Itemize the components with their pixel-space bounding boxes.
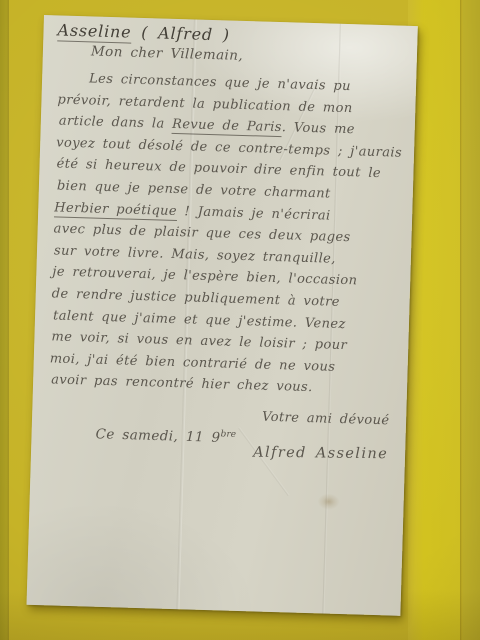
signature: Alfred Asseline [253, 445, 388, 463]
annotation-parenthetical: ( Alfred ) [131, 23, 230, 45]
archivist-annotation: Asseline ( Alfred ) [57, 20, 230, 44]
underlined-phrase-revue-de-paris: Revue de Paris [172, 117, 282, 137]
photo-backdrop: Asseline ( Alfred ) Mon cher Villemain, … [0, 0, 480, 640]
letter-body: Les circonstances que je n'avais pu prév… [49, 67, 402, 401]
date-superscript: bre [220, 429, 236, 439]
underlined-phrase-herbier-poetique: Herbier poétique [54, 200, 177, 221]
closing-valediction: Votre ami dévoué [262, 410, 390, 429]
paper-stain [317, 493, 339, 510]
date-line: Ce samedi, 11 9bre [95, 426, 236, 447]
wrinkle-crease-bottom [238, 427, 289, 496]
annotation-name: Asseline [57, 20, 131, 43]
letter-sheet: Asseline ( Alfred ) Mon cher Villemain, … [26, 15, 417, 616]
salutation: Mon cher Villemain, [91, 43, 244, 64]
